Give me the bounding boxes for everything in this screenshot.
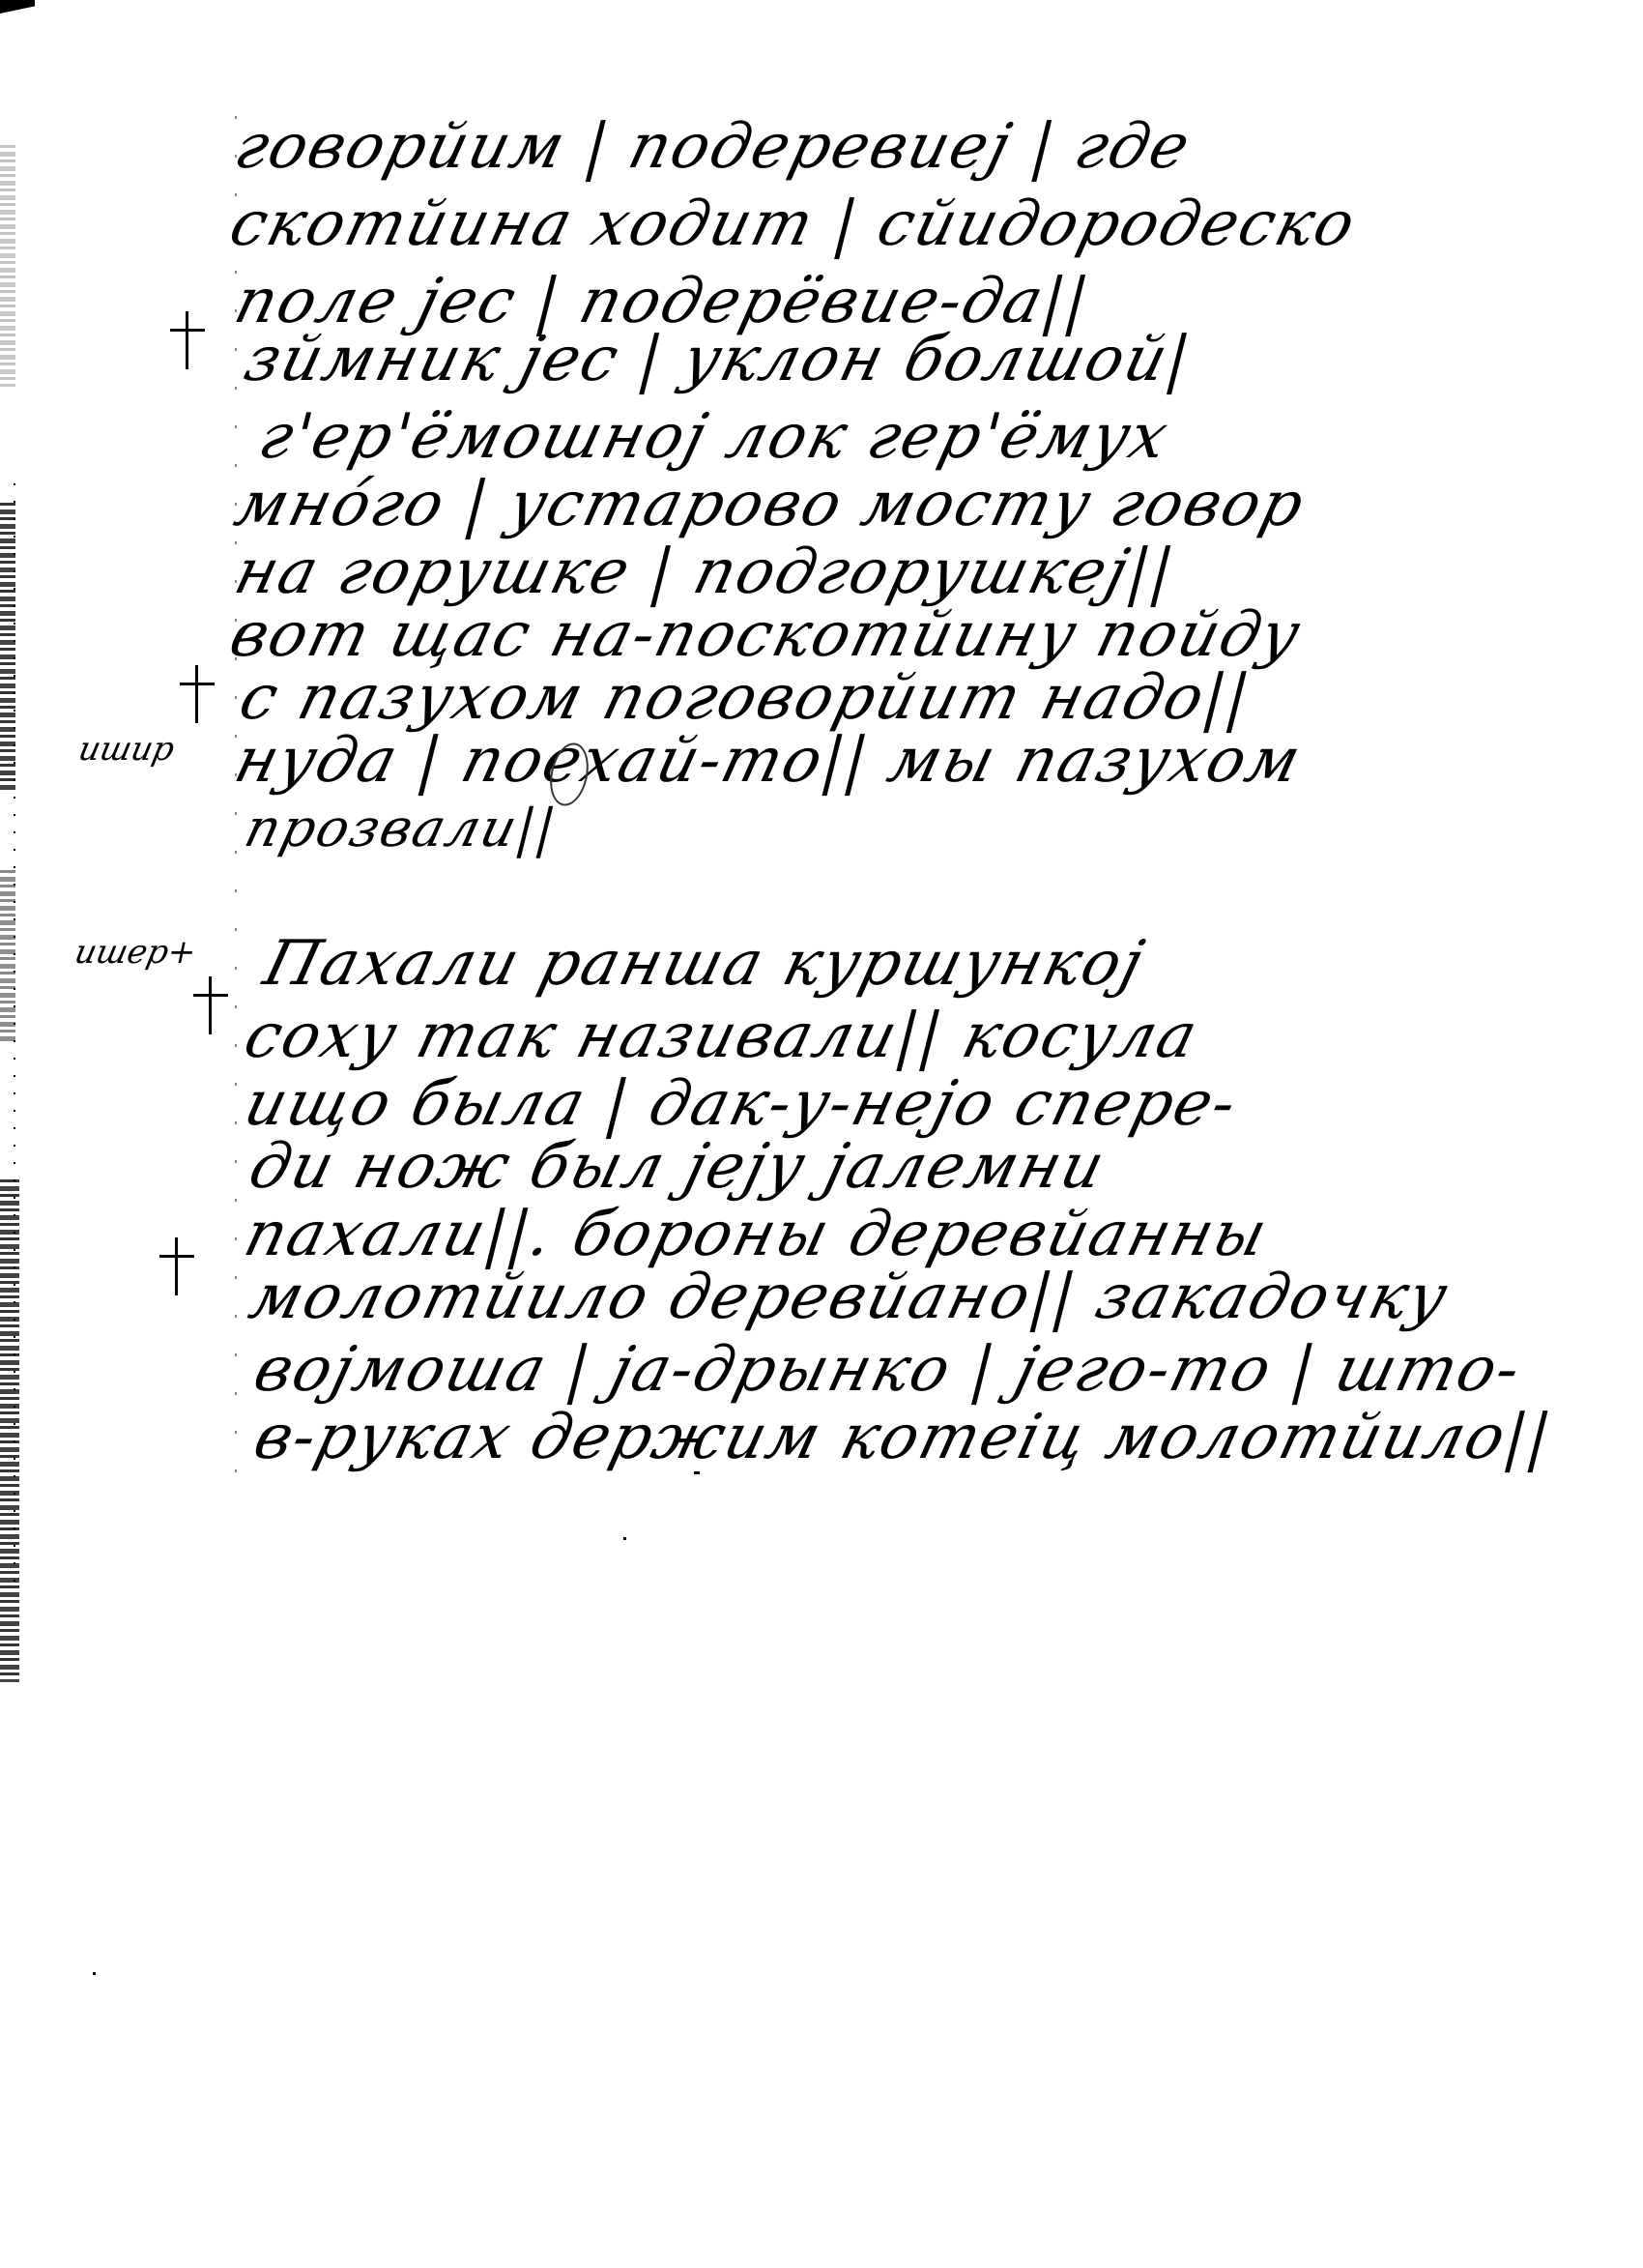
text-line: в-руках держим котеiц молотйило|| xyxy=(248,1407,1559,1468)
scan-speck xyxy=(93,1972,96,1975)
margin-cross-mark xyxy=(159,1237,194,1295)
scanned-page: говорйим | подеревиеj | где скотйина ход… xyxy=(0,0,1643,2268)
margin-cross-mark xyxy=(180,665,215,723)
margin-cross-mark xyxy=(193,976,228,1034)
scan-speck xyxy=(623,1537,626,1540)
scan-edge-dots xyxy=(14,483,15,1595)
text-line: прозвали|| xyxy=(240,802,562,855)
text-line: г'ер'ёмошноj лок гер'ёмух xyxy=(253,406,1175,468)
text-line: Пахали ранша куршункоj xyxy=(258,933,1151,995)
text-line: молотйило деревйано|| закадочку xyxy=(244,1266,1455,1328)
text-line: воjмоша | jа-дрынко | jего-то | што- xyxy=(248,1339,1528,1401)
text-line: соху так називали|| косула xyxy=(239,1005,1204,1067)
margin-note: ишер+ xyxy=(72,933,200,972)
text-line: мнóго | устарово мосту говор xyxy=(229,474,1311,536)
scan-corner-artifact xyxy=(0,0,35,14)
margin-note: ишир xyxy=(75,730,178,769)
text-line: ищо была | дак-у-неjо спере- xyxy=(239,1073,1244,1135)
margin-cross-mark xyxy=(170,311,205,369)
scan-edge-artifact xyxy=(0,1179,19,1682)
text-line: ди нож был jеjу jалемни xyxy=(244,1136,1111,1198)
text-line: нуда | поехай-то|| мы пазухом xyxy=(229,730,1308,792)
text-line: вот щас на-поскотйину пойду xyxy=(224,604,1308,666)
text-line: пахали||. бороны деревйанны xyxy=(239,1204,1274,1265)
scan-edge-artifact xyxy=(0,145,15,387)
text-line: говорйим | подеревиеj | где xyxy=(229,116,1197,178)
scan-speck xyxy=(694,1471,700,1474)
text-line: зймник jес | уклон болшой| xyxy=(239,329,1197,391)
text-line: скотйина ходит | сйидородеско xyxy=(224,193,1363,255)
text-line: с пазухом поговорйит надо|| xyxy=(234,667,1257,729)
text-line: на горушке | подгорушкеj|| xyxy=(229,541,1182,603)
